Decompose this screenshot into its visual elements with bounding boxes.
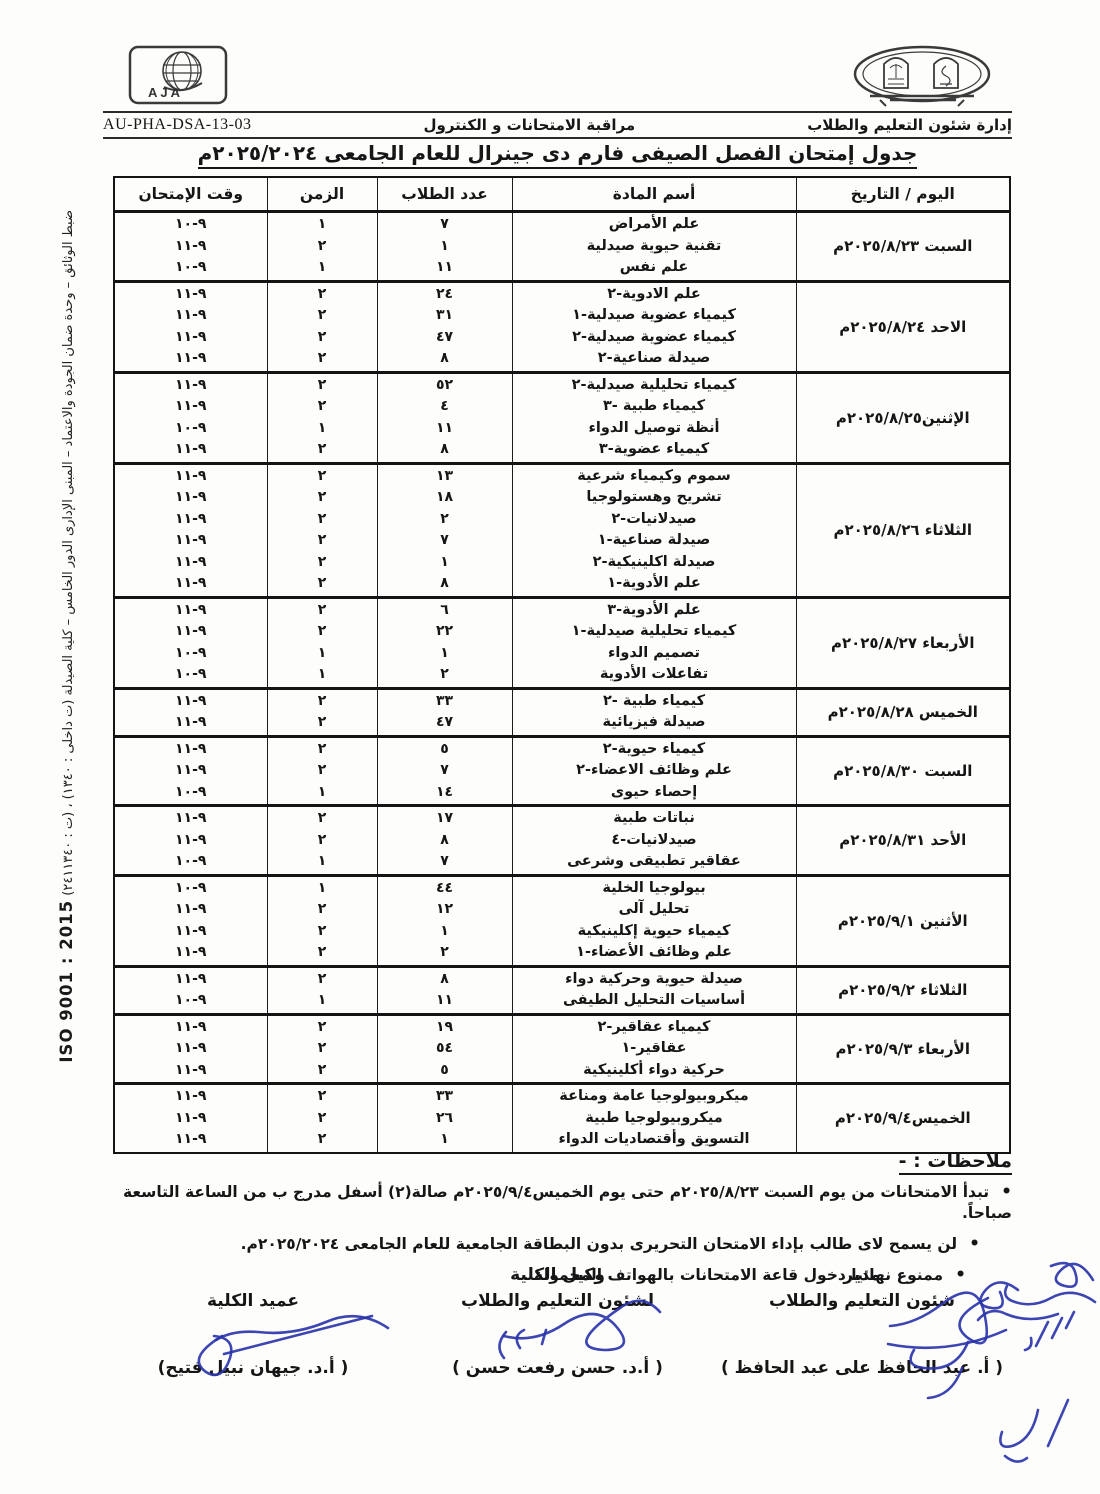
subject-name: صيدلة اكلينيكية-٢ xyxy=(517,552,792,574)
exam-duration: ٢ xyxy=(272,1129,373,1151)
university-emblem xyxy=(850,44,995,110)
exam-duration: ١ xyxy=(272,214,373,236)
subject-name: علم نفس xyxy=(517,257,792,279)
student-count: ٤٧ xyxy=(382,327,508,349)
subject-name: كيمياء عضوية صيدلية-١ xyxy=(517,305,792,327)
exam-duration: ٢ xyxy=(272,691,373,713)
signature-vice-dean: وكيل الكلية لشئون التعليم والطلاب ( أ.د.… xyxy=(403,1262,712,1378)
header-bar: إدارة شئون التعليم والطلاب مراقبة الامتح… xyxy=(103,112,1012,137)
column-header: اليوم / التاريخ xyxy=(796,177,1010,212)
day-group-row: الثلاثاء ٢٠٢٥/٨/٢٦مسموم وكيمياء شرعيةتشر… xyxy=(114,463,1010,597)
exam-duration: ٢ xyxy=(272,899,373,921)
student-count: ٨ xyxy=(382,969,508,991)
exam-duration: ٢ xyxy=(272,375,373,397)
day-group-row: الأربعاء ٢٠٢٥/٩/٣مكيمياء عقاقير-٢عقاقير-… xyxy=(114,1014,1010,1084)
signer-title: شئون التعليم والطلاب xyxy=(712,1288,1012,1314)
exam-date: الأربعاء ٢٠٢٥/٩/٣م xyxy=(796,1014,1010,1084)
exam-time: ٩-١١ xyxy=(119,375,263,397)
exam-time: ٩-١١ xyxy=(119,899,263,921)
subject-name: سموم وكيمياء شرعية xyxy=(517,466,792,488)
exam-time: ٩-١١ xyxy=(119,969,263,991)
signer-title: وكيل الكلية xyxy=(403,1262,712,1288)
exam-time: ٩-١١ xyxy=(119,712,263,734)
student-count: ٢ xyxy=(382,664,508,686)
exam-duration: ٢ xyxy=(272,509,373,531)
student-count: ٨ xyxy=(382,439,508,461)
sidebar-vertical-text: ضبط الوثائق – وحدة ضمان الجودة والاعتماد… xyxy=(57,210,76,1055)
day-group-row: الخميس٢٠٢٥/٩/٤مميكروبيولوجيا عامة ومناعة… xyxy=(114,1084,1010,1153)
exam-date: السبت ٢٠٢٥/٨/٢٣م xyxy=(796,212,1010,282)
student-count: ١٧ xyxy=(382,808,508,830)
day-group-row: الأحد ٢٠٢٥/٨/٣١منباتات طبيةصيدلانيات-٤عق… xyxy=(114,806,1010,876)
exam-time: ٩-١١ xyxy=(119,830,263,852)
exam-time: ٩-١١ xyxy=(119,808,263,830)
exam-time: ٩-١٠ xyxy=(119,643,263,665)
exam-duration: ٢ xyxy=(272,573,373,595)
quality-unit-label: ضبط الوثائق – وحدة ضمان الجودة والاعتماد… xyxy=(61,210,76,896)
exam-time: ٩-١١ xyxy=(119,621,263,643)
subject-name: كيمياء تحليلية صيدلية-٢ xyxy=(517,375,792,397)
exam-time: ٩-١١ xyxy=(119,487,263,509)
student-count: ٤٤ xyxy=(382,878,508,900)
column-header: عدد الطلاب xyxy=(377,177,512,212)
exam-duration: ١ xyxy=(272,643,373,665)
student-count: ٢٦ xyxy=(382,1108,508,1130)
day-group-row: الإثنين٢٠٢٥/٨/٢٥مكيمياء تحليلية صيدلية-٢… xyxy=(114,372,1010,463)
exam-time: ٩-١١ xyxy=(119,942,263,964)
exam-duration: ١ xyxy=(272,878,373,900)
exam-time: ٩-١١ xyxy=(119,236,263,258)
student-count: ٧ xyxy=(382,851,508,873)
student-count: ٧ xyxy=(382,760,508,782)
exam-duration: ٢ xyxy=(272,1108,373,1130)
day-group-row: الثلاثاء ٢٠٢٥/٩/٢مصيدلة حيوية وحركية دوا… xyxy=(114,966,1010,1014)
exam-duration: ٢ xyxy=(272,1086,373,1108)
exam-time: ٩-١١ xyxy=(119,552,263,574)
student-count: ٣١ xyxy=(382,305,508,327)
exam-time: ٩-١١ xyxy=(119,1017,263,1039)
day-group-row: الأربعاء ٢٠٢٥/٨/٢٧معلم الأدوية-٣كيمياء ت… xyxy=(114,597,1010,688)
subject-name: صيدلانيات-٢ xyxy=(517,509,792,531)
exam-schedule-table: اليوم / التاريخأسم المادةعدد الطلابالزمن… xyxy=(113,176,1011,1154)
note-item: لن يسمح لاى طالب بإداء الامتحان التحريرى… xyxy=(103,1234,1012,1255)
student-count: ١٨ xyxy=(382,487,508,509)
control-unit-label: مراقبة الامتحانات و الكنترول xyxy=(423,116,635,134)
exam-duration: ٢ xyxy=(272,284,373,306)
student-count: ١ xyxy=(382,236,508,258)
exam-time: ٩-١١ xyxy=(119,573,263,595)
notes-heading: ملاحظات : - xyxy=(103,1150,1012,1172)
exam-time: ٩-١٠ xyxy=(119,664,263,686)
student-count: ٦ xyxy=(382,600,508,622)
exam-date: الثلاثاء ٢٠٢٥/٩/٢م xyxy=(796,966,1010,1014)
table-header-row: اليوم / التاريخأسم المادةعدد الطلابالزمن… xyxy=(114,177,1010,212)
exam-date: الأثنين ٢٠٢٥/٩/١م xyxy=(796,875,1010,966)
student-count: ١ xyxy=(382,643,508,665)
exam-time: ٩-١١ xyxy=(119,739,263,761)
subject-name: تشريح وهستولوجيا xyxy=(517,487,792,509)
exam-duration: ٢ xyxy=(272,487,373,509)
exam-time: ٩-١١ xyxy=(119,600,263,622)
subject-name: علم الأدوية-١ xyxy=(517,573,792,595)
day-group-row: الأثنين ٢٠٢٥/٩/١مبيولوجيا الخليةتحليل آل… xyxy=(114,875,1010,966)
signer-name: ( أ.د. جيهان نبيل فتيح) xyxy=(103,1358,403,1378)
exam-time: ٩-١٠ xyxy=(119,990,263,1012)
exam-time: ٩-١١ xyxy=(119,691,263,713)
subject-name: علم الادوية-٢ xyxy=(517,284,792,306)
subject-name: كيمياء حيوية إكلينيكية xyxy=(517,921,792,943)
subject-name: بيولوجيا الخلية xyxy=(517,878,792,900)
exam-duration: ٢ xyxy=(272,236,373,258)
header-divider-bottom xyxy=(103,137,1012,139)
subject-name: ميكروبيولوجيا طبية xyxy=(517,1108,792,1130)
dept-label: إدارة شئون التعليم والطلاب xyxy=(807,116,1012,134)
student-count: ٣٣ xyxy=(382,1086,508,1108)
signer-name: ( أ.د. حسن رفعت حسن ) xyxy=(403,1358,712,1378)
subject-name: نباتات طبية xyxy=(517,808,792,830)
exam-duration: ٢ xyxy=(272,439,373,461)
exam-time: ٩-١١ xyxy=(119,921,263,943)
exam-duration: ١ xyxy=(272,418,373,440)
student-count: ١٤ xyxy=(382,782,508,804)
exam-duration: ٢ xyxy=(272,396,373,418)
subject-name: أساسيات التحليل الطيفى xyxy=(517,990,792,1012)
exam-duration: ٢ xyxy=(272,808,373,830)
exam-duration: ٢ xyxy=(272,466,373,488)
student-count: ١٣ xyxy=(382,466,508,488)
exam-time: ٩-١٠ xyxy=(119,782,263,804)
subject-name: كيمياء عقاقير-٢ xyxy=(517,1017,792,1039)
exam-date: الاحد ٢٠٢٥/٨/٢٤م xyxy=(796,281,1010,372)
exam-date: الخميس٢٠٢٥/٩/٤م xyxy=(796,1084,1010,1153)
exam-duration: ٢ xyxy=(272,327,373,349)
subject-name: التسويق وأقتصاديات الدواء xyxy=(517,1129,792,1151)
exam-time: ٩-١٠ xyxy=(119,878,263,900)
signature-block: مدير شئون التعليم والطلاب ( أ. عبد الحاف… xyxy=(103,1262,1012,1378)
student-count: ٥ xyxy=(382,739,508,761)
signer-title: مدير xyxy=(712,1262,1012,1288)
exam-time: ٩-١١ xyxy=(119,1060,263,1082)
column-header: وقت الإمتحان xyxy=(114,177,267,212)
exam-time: ٩-١١ xyxy=(119,466,263,488)
exam-duration: ٢ xyxy=(272,712,373,734)
exam-duration: ١ xyxy=(272,990,373,1012)
exam-duration: ٢ xyxy=(272,552,373,574)
exam-time: ٩-١١ xyxy=(119,760,263,782)
exam-duration: ١ xyxy=(272,851,373,873)
signature-director: مدير شئون التعليم والطلاب ( أ. عبد الحاف… xyxy=(712,1262,1012,1378)
day-group-row: الخميس ٢٠٢٥/٨/٢٨مكيمياء طبية -٢صيدلة فيز… xyxy=(114,688,1010,736)
student-count: ٥٤ xyxy=(382,1038,508,1060)
student-count: ٢٢ xyxy=(382,621,508,643)
exam-time: ٩-١١ xyxy=(119,1086,263,1108)
day-group-row: السبت ٢٠٢٥/٨/٢٣معلم الأمراضتقنية حيوية ص… xyxy=(114,212,1010,282)
column-header: أسم المادة xyxy=(512,177,796,212)
exam-duration: ٢ xyxy=(272,1017,373,1039)
exam-duration: ٢ xyxy=(272,830,373,852)
signature-dean: عميد الكلية ( أ.د. جيهان نبيل فتيح) xyxy=(103,1262,403,1378)
subject-name: صيدلانيات-٤ xyxy=(517,830,792,852)
subject-name: علم وظائف الاعضاء-٢ xyxy=(517,760,792,782)
student-count: ١ xyxy=(382,921,508,943)
exam-duration: ٢ xyxy=(272,348,373,370)
exam-time: ٩-١١ xyxy=(119,530,263,552)
student-count: ٢ xyxy=(382,942,508,964)
student-count: ١ xyxy=(382,552,508,574)
subject-name: كيمياء حيوية-٢ xyxy=(517,739,792,761)
exam-duration: ٢ xyxy=(272,1038,373,1060)
exam-time: ٩-١٠ xyxy=(119,257,263,279)
student-count: ٣٣ xyxy=(382,691,508,713)
exam-schedule-document: AJA إدارة شئون التعليم والطلاب مراقبة ال… xyxy=(0,0,1100,1494)
exam-duration: ٢ xyxy=(272,621,373,643)
exam-duration: ٢ xyxy=(272,942,373,964)
column-header: الزمن xyxy=(267,177,377,212)
student-count: ٥٢ xyxy=(382,375,508,397)
student-count: ٧ xyxy=(382,214,508,236)
exam-time: ٩-١٠ xyxy=(119,214,263,236)
student-count: ٨ xyxy=(382,830,508,852)
subject-name: ميكروبيولوجيا عامة ومناعة xyxy=(517,1086,792,1108)
subject-name: علم وظائف الأعضاء-١ xyxy=(517,942,792,964)
student-count: ٥ xyxy=(382,1060,508,1082)
subject-name: كيمياء عضوية صيدلية-٢ xyxy=(517,327,792,349)
signer-title: لشئون التعليم والطلاب xyxy=(403,1288,712,1314)
subject-name: عقاقير تطبيقى وشرعى xyxy=(517,851,792,873)
exam-time: ٩-١١ xyxy=(119,327,263,349)
subject-name: علم الأمراض xyxy=(517,214,792,236)
exam-time: ٩-١١ xyxy=(119,1108,263,1130)
subject-name: صيدلة صناعية-٢ xyxy=(517,348,792,370)
exam-duration: ٢ xyxy=(272,760,373,782)
exam-date: الخميس ٢٠٢٥/٨/٢٨م xyxy=(796,688,1010,736)
student-count: ٢٤ xyxy=(382,284,508,306)
student-count: ١١ xyxy=(382,990,508,1012)
signer-title: عميد الكلية xyxy=(103,1288,403,1314)
student-count: ١٩ xyxy=(382,1017,508,1039)
exam-date: السبت ٢٠٢٥/٨/٣٠م xyxy=(796,736,1010,806)
student-count: ٤٧ xyxy=(382,712,508,734)
student-count: ٧ xyxy=(382,530,508,552)
exam-duration: ٢ xyxy=(272,600,373,622)
subject-name: علم الأدوية-٣ xyxy=(517,600,792,622)
exam-date: الإثنين٢٠٢٥/٨/٢٥م xyxy=(796,372,1010,463)
exam-date: الأربعاء ٢٠٢٥/٨/٢٧م xyxy=(796,597,1010,688)
exam-duration: ٢ xyxy=(272,921,373,943)
aja-accreditation-logo: AJA xyxy=(128,45,228,105)
day-group-row: السبت ٢٠٢٥/٨/٣٠مكيمياء حيوية-٢علم وظائف … xyxy=(114,736,1010,806)
subject-name: صيدلة فيزيائية xyxy=(517,712,792,734)
subject-name: حركية دواء أكلينيكية xyxy=(517,1060,792,1082)
subject-name: كيمياء عضوية-٣ xyxy=(517,439,792,461)
exam-time: ٩-١١ xyxy=(119,284,263,306)
subject-name: تقنية حيوية صيدلية xyxy=(517,236,792,258)
exam-time: ٩-١١ xyxy=(119,305,263,327)
subject-name: كيمياء طبية -٣ xyxy=(517,396,792,418)
exam-time: ٩-١١ xyxy=(119,1038,263,1060)
student-count: ١١ xyxy=(382,257,508,279)
subject-name: إحصاء حيوى xyxy=(517,782,792,804)
iso-certification-label: ISO 9001 : 2015 xyxy=(57,900,76,1063)
student-count: ١٢ xyxy=(382,899,508,921)
signer-name: ( أ. عبد الحافظ على عبد الحافظ ) xyxy=(712,1358,1012,1378)
exam-time: ٩-١١ xyxy=(119,509,263,531)
student-count: ٨ xyxy=(382,573,508,595)
subject-name: تحليل آلى xyxy=(517,899,792,921)
day-group-row: الاحد ٢٠٢٥/٨/٢٤معلم الادوية-٢كيمياء عضوي… xyxy=(114,281,1010,372)
subject-name: صيدلة صناعية-١ xyxy=(517,530,792,552)
exam-time: ٩-١١ xyxy=(119,1129,263,1151)
exam-time: ٩-١٠ xyxy=(119,418,263,440)
subject-name: عقاقير-١ xyxy=(517,1038,792,1060)
subject-name: تصميم الدواء xyxy=(517,643,792,665)
student-count: ١١ xyxy=(382,418,508,440)
exam-duration: ٢ xyxy=(272,969,373,991)
subject-name: تفاعلات الأدوية xyxy=(517,664,792,686)
exam-duration: ١ xyxy=(272,782,373,804)
student-count: ١ xyxy=(382,1129,508,1151)
exam-duration: ١ xyxy=(272,257,373,279)
exam-duration: ٢ xyxy=(272,530,373,552)
subject-name: كيمياء تحليلية صيدلية-١ xyxy=(517,621,792,643)
exam-time: ٩-١١ xyxy=(119,396,263,418)
exam-duration: ١ xyxy=(272,664,373,686)
page-title: جدول إمتحان الفصل الصيفى فارم دى جينرال … xyxy=(103,141,1012,165)
exam-time: ٩-١٠ xyxy=(119,851,263,873)
subject-name: أنظة توصيل الدواء xyxy=(517,418,792,440)
subject-name: صيدلة حيوية وحركية دواء xyxy=(517,969,792,991)
note-item: تبدأ الامتحانات من يوم السبت ٢٠٢٥/٨/٢٣م … xyxy=(103,1182,1012,1224)
svg-text:AJA: AJA xyxy=(148,85,183,100)
student-count: ٤ xyxy=(382,396,508,418)
subject-name: كيمياء طبية -٢ xyxy=(517,691,792,713)
student-count: ٢ xyxy=(382,509,508,531)
exam-time: ٩-١١ xyxy=(119,348,263,370)
exam-date: الأحد ٢٠٢٥/٨/٣١م xyxy=(796,806,1010,876)
exam-date: الثلاثاء ٢٠٢٥/٨/٢٦م xyxy=(796,463,1010,597)
exam-time: ٩-١١ xyxy=(119,439,263,461)
exam-duration: ٢ xyxy=(272,1060,373,1082)
student-count: ٨ xyxy=(382,348,508,370)
document-code: AU-PHA-DSA-13-03 xyxy=(103,116,251,134)
exam-duration: ٢ xyxy=(272,739,373,761)
exam-duration: ٢ xyxy=(272,305,373,327)
